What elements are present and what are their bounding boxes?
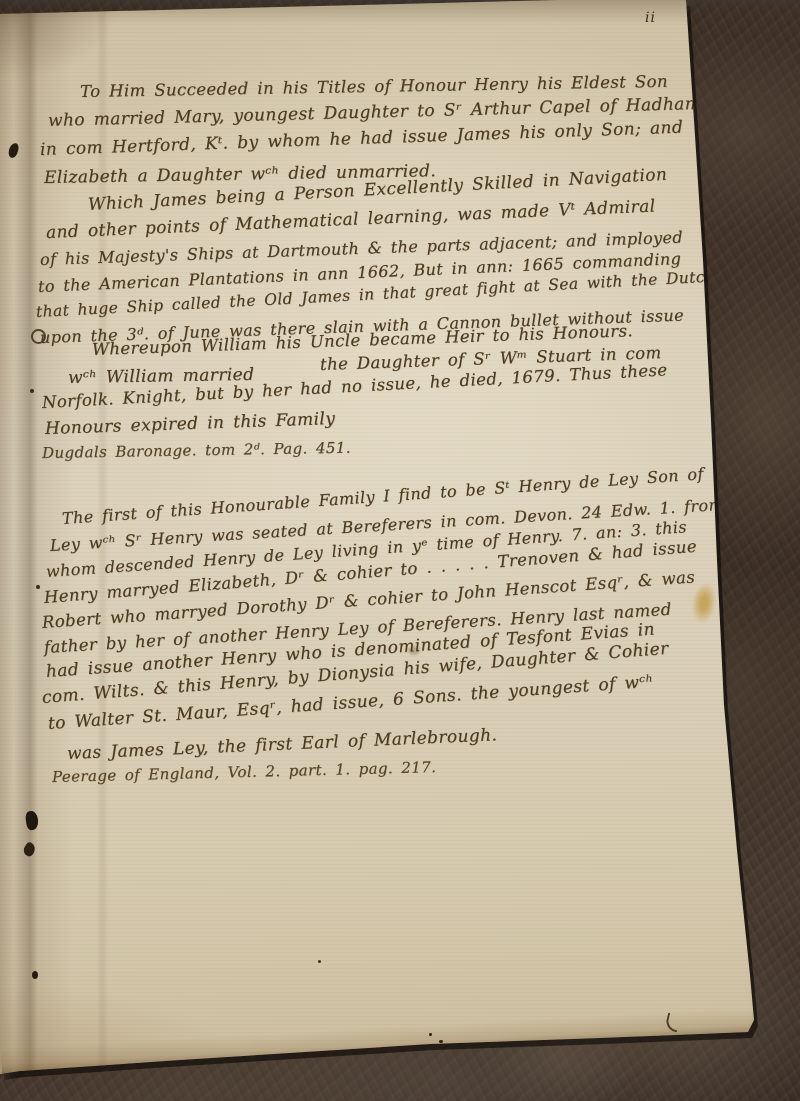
- binding-stain: [25, 810, 40, 830]
- manuscript-page: ii To Him Succeeded in his Titles of Hon…: [0, 0, 800, 1101]
- ink-speck: [36, 585, 40, 589]
- ink-speck: [439, 1040, 443, 1043]
- ink-speck: [429, 1033, 432, 1036]
- binding-stain: [21, 841, 37, 858]
- page-edge-bottom: [0, 991, 792, 1098]
- manuscript-line: Dugdals Baronage. tom 2ᵈ. Pag. 451.: [42, 441, 351, 461]
- folio-mark: ii: [645, 10, 656, 26]
- binding-stain: [8, 142, 20, 159]
- ink-speck: [30, 389, 34, 393]
- binding-stain: [32, 971, 38, 979]
- manuscript-line: Honours expired in this Family: [45, 411, 336, 438]
- manuscript-line: Peerage of England, Vol. 2. part. 1. pag…: [52, 760, 437, 785]
- ink-speck: [318, 960, 321, 963]
- manuscript-photo: ii To Him Succeeded in his Titles of Hon…: [0, 0, 800, 1101]
